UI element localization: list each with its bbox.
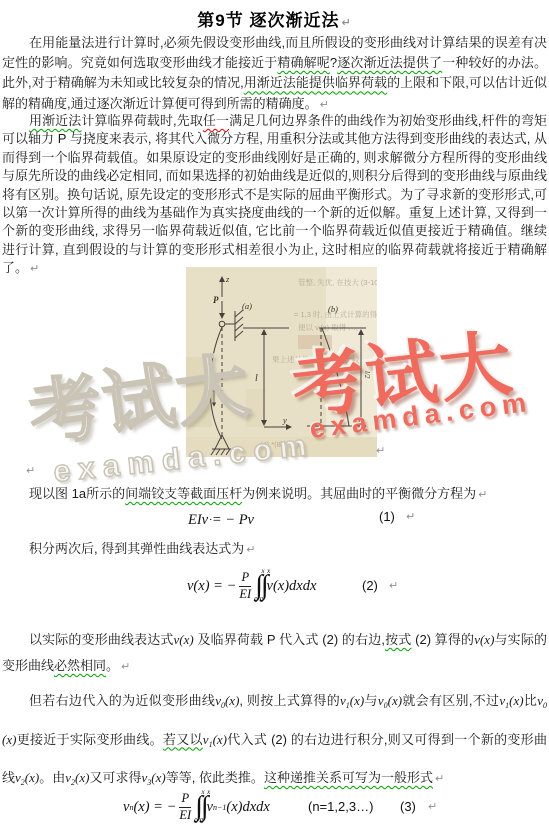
- text-segment: 逐次渐近法提供了: [337, 55, 442, 70]
- text-segment: 0: [543, 701, 547, 710]
- math-rhs: = − Pv: [212, 512, 254, 529]
- formula-2-expression: v(x) = − P EI x ∫ 0 x ∫ 0 v(x)dxdx: [187, 562, 316, 610]
- label-length-l-half: l/2: [363, 371, 371, 379]
- figure-line-art: 管整, 失优, 在技大 (3-10) 计算 = 1,3 时, 由上式计算的得某 …: [186, 267, 377, 457]
- text-segment: 任一: [203, 113, 229, 128]
- fraction-numerator: P: [241, 571, 249, 584]
- label-z-axis: z: [225, 274, 230, 284]
- paragraph-example-intro: 现以图 1a所示的间端铰支等截面压杆为例来说明。其屈曲时的平衡微分方程为↵: [2, 484, 547, 505]
- text-segment: 但若右边代入的为近似变形曲线: [29, 693, 215, 708]
- text-segment: (x): [388, 693, 402, 708]
- label-subfigure-b: (b): [328, 304, 338, 314]
- math-lhs: v(x) = −: [187, 578, 236, 595]
- return-mark-icon: ↵: [428, 800, 437, 813]
- return-mark-icon: ↵: [121, 660, 130, 673]
- return-mark-icon: ↵: [376, 444, 385, 457]
- return-mark-icon: ↵: [341, 16, 351, 29]
- integral-upper-limit: x: [267, 568, 270, 575]
- return-mark-icon: ↵: [389, 579, 398, 592]
- text-segment: 现以图 1a所示的: [29, 486, 125, 501]
- paragraph-actual-curve: 以实际的变形曲线表达式v(x) 及临界荷载 P 代入式 (2) 的右边,按式 (…: [2, 627, 547, 680]
- fraction-denominator: EI: [179, 809, 191, 822]
- text-segment: 计算临界荷载时,先取: [81, 113, 203, 128]
- text-segment: 更接近于实际变形曲线。: [16, 732, 162, 747]
- text-segment: 按式: [385, 632, 411, 647]
- text-segment: 与: [364, 693, 378, 708]
- text-segment: (2) 算得的: [411, 632, 474, 647]
- bleed-line: 便以 v,(x) 取得 …,: [298, 322, 358, 332]
- bleed-line: 果上述计算结果 A (2) 比较: [272, 354, 360, 364]
- text-segment: 用渐近法: [29, 113, 81, 128]
- text-segment: 积分两次后, 得到其弹性曲线表达式为: [29, 541, 244, 556]
- text-segment: 满足几何边界条件的曲线作为初始变形曲线,杆件的弯矩可以轴力 P 与挠度来表示, …: [2, 113, 547, 275]
- text-segment: 为例来说明。其屈曲时的平衡微分方程为: [242, 486, 476, 501]
- page-title-text: 第9节 逐次渐近法: [197, 11, 339, 30]
- formula-1-number: (1): [379, 509, 395, 524]
- text-segment: (x): [2, 732, 16, 747]
- label-y-axis: y: [282, 415, 287, 425]
- fraction-numerator: P: [181, 792, 189, 805]
- text-segment: 间端铰支等截面压杆: [125, 486, 242, 501]
- label-length-l: l: [255, 373, 258, 384]
- figure-scan: 管整, 失优, 在技大 (3-10) 计算 = 1,3 时, 由上式计算的得某 …: [186, 267, 377, 457]
- math-integrand: v(x)dxdx: [267, 578, 317, 595]
- math-subscript: n−1: [213, 803, 226, 812]
- text-segment: 若又以: [163, 732, 203, 747]
- fraction-denominator: EI: [239, 588, 251, 601]
- text-segment: v(x): [474, 632, 494, 647]
- fraction: P EI: [179, 792, 191, 821]
- integral-upper-limit: x: [201, 789, 204, 796]
- formula-1-expression: EIv· = − Pv: [188, 508, 254, 532]
- paragraph-integrate-twice: 积分两次后, 得到其弹性曲线表达式为↵: [2, 539, 547, 560]
- bleed-line: (4),*(8)= (1) ,: [260, 440, 303, 449]
- text-segment: 就会有区别,不过: [402, 693, 499, 708]
- text-segment: 。: [106, 658, 119, 673]
- integral-lower-limit: 0: [260, 597, 264, 604]
- scan-blotch: [246, 389, 266, 427]
- integral-lower-limit: 0: [194, 818, 198, 825]
- math-lhs: EIv: [188, 512, 208, 529]
- text-segment: 以实际的变形曲线表达式: [29, 632, 174, 647]
- formula-3-expression: vn(x) = − P EI x ∫ 0 x ∫ 0 vn−1(x)dxdx: [123, 783, 270, 829]
- integral-upper-limit: x: [207, 789, 210, 796]
- text-segment: (x): [225, 693, 239, 708]
- text-segment: 用渐近法能提供临界荷载: [244, 75, 387, 90]
- integral-lower-limit: 0: [200, 818, 204, 825]
- return-mark-icon: ↵: [478, 488, 487, 501]
- formula-3-condition: (n=1,2,3…): [308, 799, 373, 814]
- text-segment: 精确解呢: [277, 55, 329, 70]
- formula-3: vn(x) = − P EI x ∫ 0 x ∫ 0 vn−1(x)dxdx (…: [0, 783, 549, 829]
- paragraph-approximation-method: 用渐近法计算临界荷载时,先取任一满足几何边界条件的曲线作为初始变形曲线,杆件的弯…: [2, 112, 547, 279]
- formula-2-number: (2): [362, 578, 378, 593]
- text-segment: 比: [524, 693, 538, 708]
- label-subfigure-a: (a): [242, 301, 252, 311]
- formula-3-number: (3): [400, 799, 416, 814]
- formula-2: v(x) = − P EI x ∫ 0 x ∫ 0 v(x)dxdx (2) ↵: [0, 562, 549, 610]
- math-lhs: (x) = −: [133, 799, 176, 816]
- formula-1: EIv· = − Pv (1) ↵: [0, 508, 549, 532]
- text-segment: (x): [213, 732, 227, 747]
- text-segment: (x): [509, 693, 523, 708]
- fraction: P EI: [239, 571, 251, 600]
- return-mark-icon: ↵: [30, 262, 39, 275]
- paragraph-energy-method: 在用能量法进行计算时,必须先假设变形曲线,而且所假设的变形曲线对计算结果的误差有…: [2, 33, 547, 115]
- return-mark-icon: ↵: [246, 543, 255, 556]
- return-mark-icon: ↵: [406, 510, 415, 523]
- integral-upper-limit: x: [261, 568, 264, 575]
- text-segment: , 则按上式算得的: [239, 693, 340, 708]
- integral-lower-limit: 0: [254, 597, 258, 604]
- text-segment: (x): [350, 693, 364, 708]
- page-title: 第9节 逐次渐近法↵: [0, 6, 549, 31]
- text-segment: 必然相同: [54, 658, 106, 673]
- label-load-p: P: [213, 295, 219, 305]
- math-integrand: (x)dxdx: [226, 799, 269, 816]
- text-segment: v(x): [174, 632, 194, 647]
- bleed-line: 管整, 失优, 在技大 (3-10) 计算: [298, 277, 377, 287]
- return-mark-icon: ↵: [26, 464, 35, 477]
- return-mark-icon: ↵: [320, 98, 329, 111]
- text-segment: 及临界荷载 P 代入式 (2) 的右边,: [194, 632, 385, 647]
- scan-blotch: [186, 357, 212, 427]
